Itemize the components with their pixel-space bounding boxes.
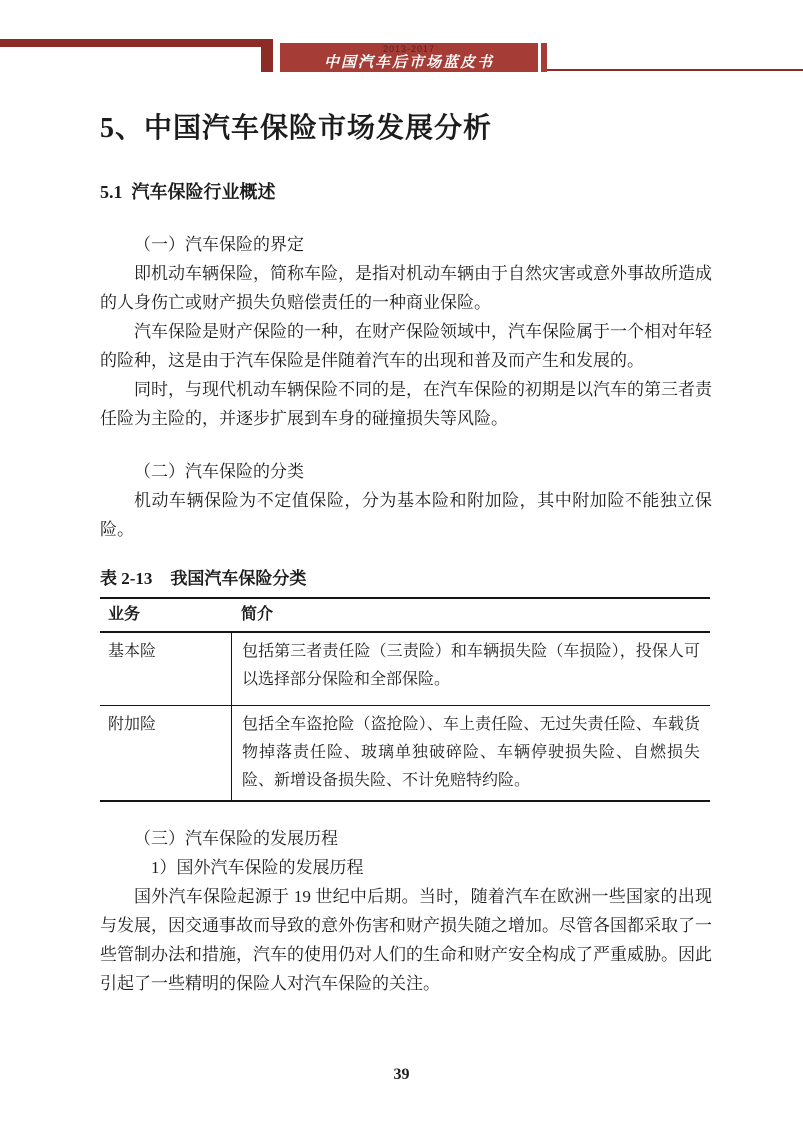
- table-row: 附加险 包括全车盗抢险（盗抢险）、车上责任险、无过失责任险、车载货物掉落责任险、…: [100, 706, 710, 800]
- table-row: 基本险 包括第三者责任险（三责险）和车辆损失险（车损险），投保人可以选择部分保险…: [100, 633, 710, 706]
- table-caption-label: 表 2-13: [100, 569, 152, 588]
- chapter-title: 5、中国汽车保险市场发展分析: [100, 112, 712, 146]
- paragraph-definition-2: 汽车保险是财产保险的一种，在财产保险领域中，汽车保险属于一个相对年轻的险种，这是…: [100, 317, 712, 375]
- subheading-classification: （二）汽车保险的分类: [100, 457, 712, 486]
- table-header-business: 业务: [100, 599, 231, 631]
- section-title: 5.1 汽车保险行业概述: [100, 182, 712, 202]
- paragraph-foreign-history: 国外汽车保险起源于 19 世纪中后期。当时，随着汽车在欧洲一些国家的出现与发展，…: [100, 882, 712, 998]
- table-cell-row-desc: 包括第三者责任险（三责险）和车辆损失险（车损险），投保人可以选择部分保险和全部保…: [231, 633, 710, 705]
- table-cell-row-desc: 包括全车盗抢险（盗抢险）、车上责任险、无过失责任险、车载货物掉落责任险、玻璃单独…: [231, 706, 710, 800]
- table-cell-row-name: 附加险: [100, 706, 231, 800]
- paragraph-definition-1: 即机动车辆保险，简称车险，是指对机动车辆由于自然灾害或意外事故所造成的人身伤亡或…: [100, 259, 712, 317]
- table-cell-row-name: 基本险: [100, 633, 231, 705]
- insurance-classification-table: 业务 简介 基本险 包括第三者责任险（三责险）和车辆损失险（车损险），投保人可以…: [100, 597, 710, 802]
- paragraph-definition-3: 同时，与现代机动车辆保险不同的是，在汽车保险的初期是以汽车的第三者责任险为主险的…: [100, 375, 712, 433]
- table-header-intro: 简介: [231, 599, 710, 631]
- page-number: 39: [0, 1066, 803, 1084]
- paragraph-classification: 机动车辆保险为不定值保险，分为基本险和附加险，其中附加险不能独立保险。: [100, 486, 712, 544]
- subheading-foreign-development: 1）国外汽车保险的发展历程: [100, 853, 712, 882]
- table-header-row: 业务 简介: [100, 599, 710, 633]
- document-page: 2013-2017 中国汽车后市场蓝皮书 5、中国汽车保险市场发展分析 5.1 …: [0, 0, 803, 1134]
- subheading-definition: （一）汽车保险的界定: [100, 230, 712, 259]
- table-caption-title: 我国汽车保险分类: [170, 569, 306, 588]
- page-content: 5、中国汽车保险市场发展分析 5.1 汽车保险行业概述 （一）汽车保险的界定 即…: [100, 0, 712, 998]
- table-caption: 表 2-13我国汽车保险分类: [100, 568, 712, 590]
- subheading-development: （三）汽车保险的发展历程: [100, 824, 712, 853]
